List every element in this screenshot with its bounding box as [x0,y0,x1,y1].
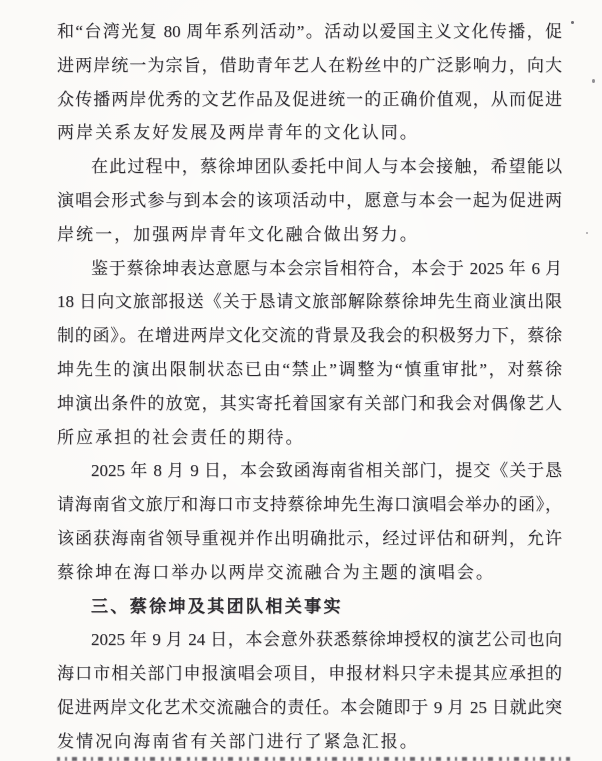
document-body: 和“台湾光复 80 周年系列活动”。活动以爱国主义文化传播，促进两岸统一为宗旨，… [57,15,562,759]
text-line: 和“台湾光复 80 周年系列活动”。活动以爱国主义文化传播，促 [57,15,562,49]
text-line: 进两岸统一为宗旨，借助青年艺人在粉丝中的广泛影响力，向大 [57,49,562,83]
text-line: 海口市相关部门申报演唱会项目，申报材料只字未提其应承担的 [57,657,562,691]
text-line: 鉴于蔡徐坤表达意愿与本会宗旨相符合，本会于 2025 年 6 月 [57,252,562,286]
text-line: 蔡徐坤在海口举办以两岸交流融合为主题的演唱会。 [57,556,562,590]
scan-speck [586,232,588,234]
text-line: 坤先生的演出限制状态已由“禁止”调整为“慎重审批”，对蔡徐 [57,353,562,387]
text-line: 坤演出条件的放宽，其实寄托着国家有关部门和我会对偶像艺人 [57,387,562,421]
text-line: 两岸关系友好发展及两岸青年的文化认同。 [57,116,562,150]
scan-speck [571,21,574,24]
text-line: 促进两岸文化艺术交流融合的责任。本会随即于 9 月 25 日就此突 [57,691,562,725]
text-line: 在此过程中，蔡徐坤团队委托中间人与本会接触，希望能以 [57,150,562,184]
text-line: 2025 年 8 月 9 日，本会致函海南省相关部门，提交《关于恳 [57,454,562,488]
clipped-text-line [57,757,570,761]
scan-speck [592,79,595,83]
text-line: 众传播两岸优秀的文艺作品及促进统一的正确价值观，从而促进 [57,83,562,117]
text-line: 发情况向海南省有关部门进行了紧急汇报。 [57,725,562,759]
text-line: 请海南省文旅厅和海口市支持蔡徐坤先生海口演唱会举办的函》， [57,488,562,522]
text-line: 岸统一，加强两岸青年文化融合做出努力。 [57,218,562,252]
text-line: 所应承担的社会责任的期待。 [57,421,562,455]
text-line: 18 日向文旅部报送《关于恳请文旅部解除蔡徐坤先生商业演出限 [57,285,562,319]
text-line: 2025 年 9 月 24 日，本会意外获悉蔡徐坤授权的演艺公司也向 [57,623,562,657]
text-line: 制的函》。在增进两岸文化交流的背景及我会的积极努力下，蔡徐 [57,319,562,353]
text-line: 该函获海南省领导重视并作出明确批示，经过评估和研判，允许 [57,522,562,556]
text-line: 演唱会形式参与到本会的该项活动中，愿意与本会一起为促进两 [57,184,562,218]
document-page: 和“台湾光复 80 周年系列活动”。活动以爱国主义文化传播，促进两岸统一为宗旨，… [0,0,602,761]
section-heading: 三、蔡徐坤及其团队相关事实 [57,590,562,624]
